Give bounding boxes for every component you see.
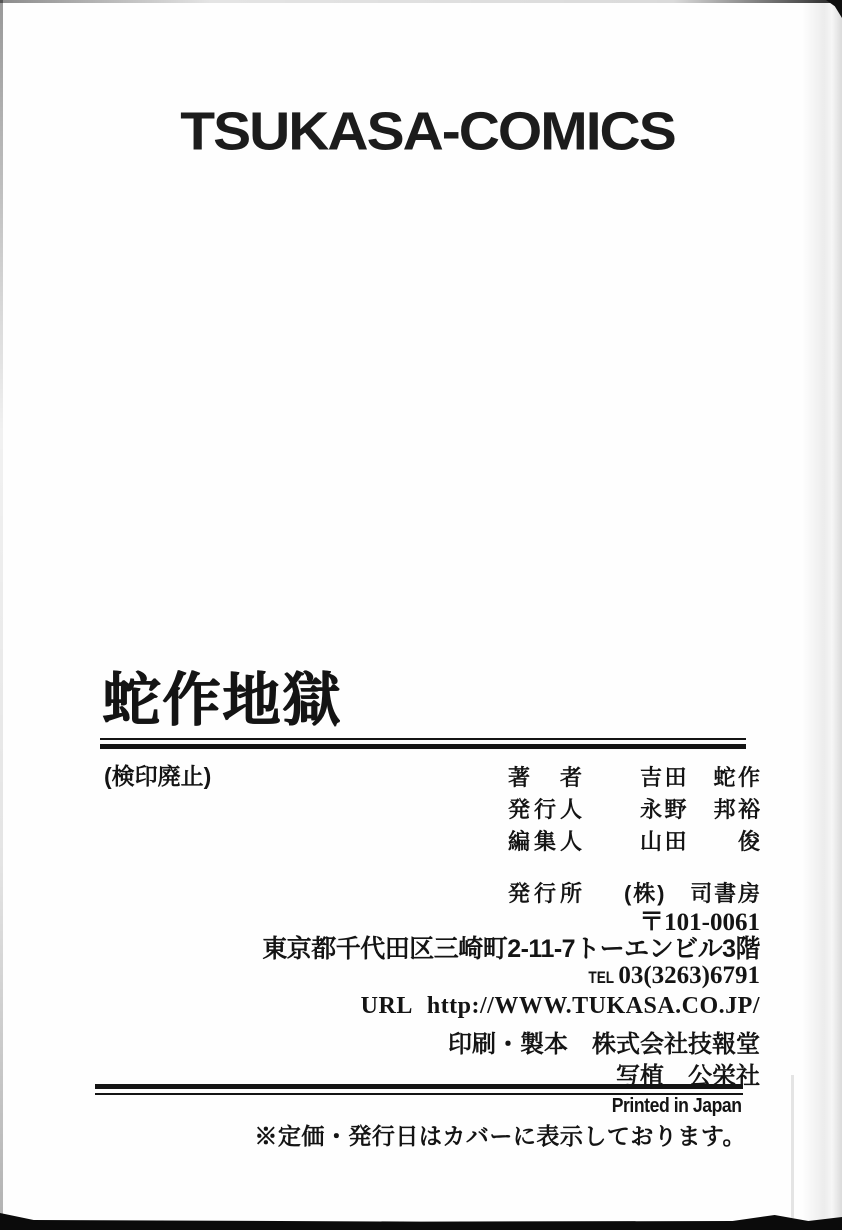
scan-edge-left xyxy=(0,0,3,1230)
credit-row-publisher-person: 発行人 永野 邦裕 xyxy=(508,793,760,819)
credit-label: 発行所 xyxy=(508,877,582,908)
url-line: URLhttp://WWW.TUKASA.CO.JP/ xyxy=(361,993,760,1020)
book-title: 蛇作地獄 xyxy=(102,653,342,737)
scan-edge-right xyxy=(802,0,842,1230)
credit-row-publishing-house: 発行所 (株) 司書房 xyxy=(508,877,760,903)
credit-label: 著 者 xyxy=(508,761,582,792)
scanned-colophon-page: TSUKASA-COMICS 蛇作地獄 (検印廃止) 著 者 吉田 蛇作 発行人… xyxy=(0,0,842,1230)
credit-name: 永野 邦裕 xyxy=(640,793,760,824)
scan-edge-top xyxy=(0,0,842,3)
phone-line: TEL03(3263)6791 xyxy=(582,962,760,990)
publisher-logo: TSUKASA-COMICS xyxy=(140,100,715,163)
tel-number: 03(3263)6791 xyxy=(618,962,760,989)
publisher-address: 東京都千代田区三崎町2-11-7トーエンビル3階 xyxy=(262,929,760,965)
printed-in-japan: Printed in Japan xyxy=(612,1095,742,1118)
page-crease xyxy=(791,1075,794,1218)
credit-label: 編集人 xyxy=(508,825,582,856)
url-value: http://WWW.TUKASA.CO.JP/ xyxy=(427,993,760,1019)
bottom-divider xyxy=(95,1084,743,1095)
credit-row-author: 著 者 吉田 蛇作 xyxy=(508,761,760,787)
url-label: URL xyxy=(361,993,413,1019)
credit-name: 吉田 蛇作 xyxy=(640,761,760,792)
title-divider xyxy=(100,738,746,749)
seal-note: (検印廃止) xyxy=(104,758,211,791)
credit-label: 発行人 xyxy=(508,793,582,824)
printing-binding-credit: 印刷・製本 株式会社技報堂 xyxy=(448,1024,760,1059)
scan-edge-bottom xyxy=(0,1210,842,1230)
credit-row-editor: 編集人 山田 俊 xyxy=(508,825,760,851)
tel-label: TEL xyxy=(589,968,615,988)
credit-name: 山田 俊 xyxy=(640,825,760,856)
price-note: ※定価・発行日はカバーに表示しております。 xyxy=(254,1118,746,1151)
